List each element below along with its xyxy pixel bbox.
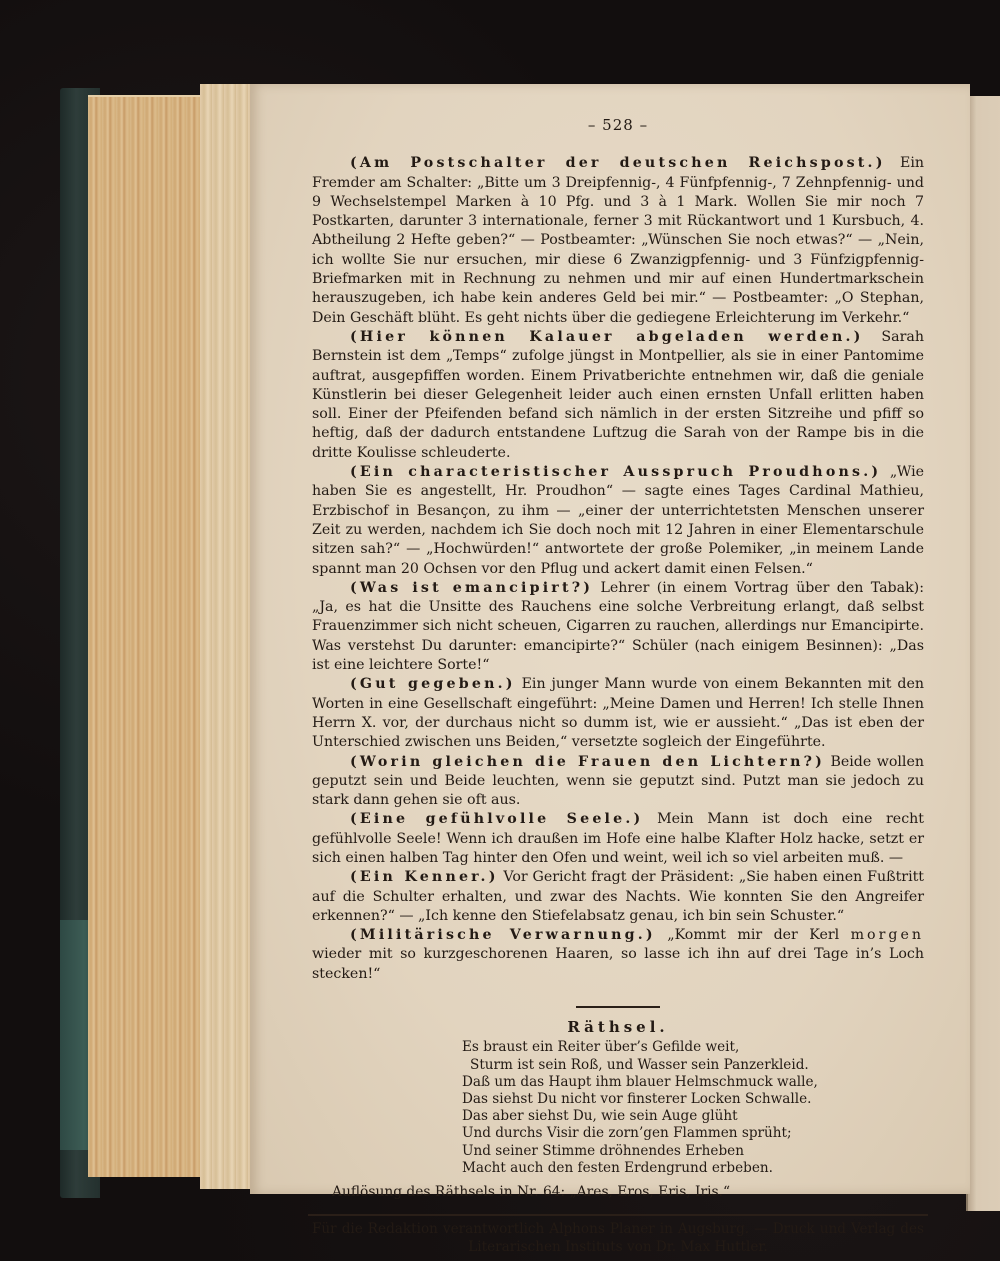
article-heading: (Am Postschalter der deutschen Reichspos… [350,155,886,171]
page-content: – 528 – (Am Postschalter der deutschen R… [312,116,924,1256]
article-heading: (Gut gegeben.) [350,676,516,692]
article-heading: (Hier können Kalauer abgeladen werden.) [350,329,864,345]
article-lichtern: (Worin gleichen die Frauen den Lichtern?… [312,753,924,811]
article-heading: (Was ist emancipirt?) [350,580,593,596]
riddle-solution: Auflösung des Räthsels in Nr. 64: „Ares,… [332,1183,924,1202]
article-body: Sarah Bernstein ist dem „Temps“ zufolge … [312,329,924,461]
verse-line: Das siehst Du nicht vor finsterer Locken… [462,1091,924,1108]
verse-line: Und durchs Visir die zorn’gen Flammen sp… [462,1125,924,1142]
article-heading: (Eine gefühlvolle Seele.) [350,811,643,827]
article-body: „Kommt mir der Kerl [656,927,851,943]
article-body: Ein Fremder am Schalter: „Bitte um 3 Dre… [312,155,924,325]
article-verwarnung: (Militärische Verwarnung.) „Kommt mir de… [312,926,924,984]
article-kalauer: (Hier können Kalauer abgeladen werden.) … [312,328,924,463]
verse-line: Das aber siehst Du, wie sein Auge glüht [462,1108,924,1125]
article-gut-gegeben: (Gut gegeben.) Ein junger Mann wurde von… [312,675,924,752]
article-heading: (Militärische Verwarnung.) [350,927,656,943]
article-body: wieder mit so kurzgeschorenen Haaren, so… [312,946,924,981]
article-heading: (Worin gleichen die Frauen den Lichtern?… [350,754,825,770]
imprint-line-2: Literarischen Instituts von Dr. Max Hutt… [312,1238,924,1256]
imprint: Für die Redaktion verantwortlich Alphons… [312,1220,924,1256]
verse-line: Sturm ist sein Roß, und Wasser sein Panz… [462,1057,924,1074]
article-heading: (Ein characteristischer Ausspruch Proudh… [350,464,881,480]
riddle-title: Räthsel. [312,1018,924,1037]
article-postschalter: (Am Postschalter der deutschen Reichspos… [312,154,924,328]
section-divider [576,1006,660,1008]
verse-line: Daß um das Haupt ihm blauer Helmschmuck … [462,1074,924,1091]
article-proudhon: (Ein characteristischer Ausspruch Proudh… [312,463,924,579]
article-kenner: (Ein Kenner.) Vor Gericht fragt der Präs… [312,868,924,926]
facing-page-edge [966,96,1000,1211]
article-gefuehlvolle-seele: (Eine gefühlvolle Seele.) Mein Mann ist … [312,810,924,868]
article-body-emphasis: morgen [851,927,924,943]
article-body: „Wie haben Sie es angestellt, Hr. Proudh… [312,464,924,576]
riddle-verse: Es braust ein Reiter über’s Gefilde weit… [462,1039,924,1177]
article-heading: (Ein Kenner.) [350,869,499,885]
page-number: – 528 – [312,116,924,135]
verse-line: Macht auch den festen Erdengrund erbeben… [462,1160,924,1177]
verse-line: Es braust ein Reiter über’s Gefilde weit… [462,1039,924,1056]
imprint-divider [308,1214,928,1216]
verse-line: Und seiner Stimme dröhnendes Erheben [462,1143,924,1160]
imprint-line-1: Für die Redaktion verantwortlich Alphons… [312,1220,924,1238]
article-emancipirt: (Was ist emancipirt?) Lehrer (in einem V… [312,579,924,675]
